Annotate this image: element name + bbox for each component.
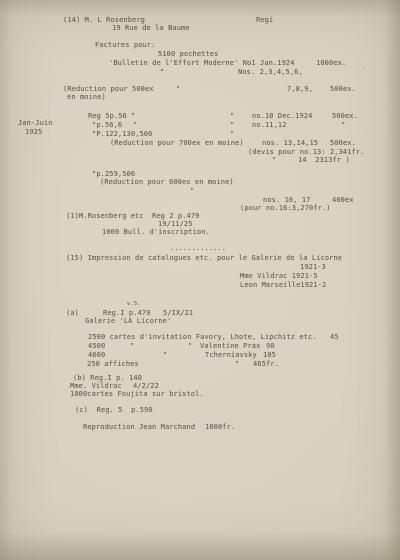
ditto-mark: ": [235, 360, 239, 368]
affiches-amount: 465fr.: [253, 360, 279, 368]
reduction-500-line: (Reduction pour 500ex: [63, 85, 154, 93]
pochettes-line: 5100 pochettes: [158, 50, 218, 58]
ditto-mark: ": [130, 342, 134, 350]
qty-500ex: 500ex.: [330, 139, 356, 147]
no11-12: no.11,12: [252, 121, 287, 129]
ditto-mark: ": [230, 121, 234, 129]
reg-5-p56: Reg 5p.56: [88, 112, 127, 120]
nos-7-9: 7,8,9,: [287, 85, 313, 93]
entry-1-desc: 1000 Bull. d'inscription.: [102, 228, 210, 236]
separator-dots: .............: [170, 244, 226, 252]
ditto-mark: ": [163, 351, 167, 359]
pour-no16: (pour no.16:3,270fr.): [240, 204, 331, 212]
bulletin-qty: 1000ex.: [316, 59, 346, 67]
cartes-tcherniavsky-amount: 105: [263, 351, 276, 359]
entry-b-desc: 1000cartes Foujita sur bristol.: [70, 390, 204, 398]
document-page: '(14) M. L RosenbergRegi19 Rue de la Bau…: [0, 0, 400, 560]
stray-mark-top: ': [74, 6, 78, 14]
qty-500ex: 500ex.: [332, 112, 358, 120]
entry-b-client: Mme. Vildrac: [70, 382, 122, 390]
entry-a-label: (a): [66, 309, 79, 317]
p-259-506: "p.259,506: [92, 170, 135, 178]
qty-500ex: 500ex.: [330, 85, 356, 93]
cartes-favory-line: 2500 cartes d'invitation Favory, Lhote, …: [88, 333, 317, 341]
entry-c-desc: Reproduction Jean Marchand: [83, 423, 195, 431]
margin-year: 1925: [25, 128, 42, 136]
p-122-130-506: "P.122,130,506: [92, 130, 152, 138]
cartes-prax-qty: 4500: [88, 342, 105, 350]
address-line: 19 Rue de la Baume: [112, 24, 190, 32]
entry-a-reg: Reg.I p.479: [103, 309, 150, 317]
entry-b-date: 4/2/22: [133, 382, 159, 390]
p-56-6: "p.56,6: [92, 121, 122, 129]
ditto-mark: ": [188, 342, 192, 350]
superscript-note: v.5.: [127, 301, 141, 307]
reduction-700-line: (Reduction pour 700ex en moine): [110, 139, 244, 147]
entry-15-client-marseille: Leon Marseille1921-2: [240, 281, 326, 289]
regi-note: Regi: [256, 16, 273, 24]
no10-dec-1924: no.10 Dec.1924: [252, 112, 312, 120]
nos-2-6: Nos. 2,3,4,5,6,: [238, 68, 303, 76]
margin-period: Jan-Juin: [18, 119, 53, 127]
reduction-600-line: (Reduction pour 600ex en moine): [100, 178, 234, 186]
en-moine-line: en moine): [67, 93, 106, 101]
entry-15-client-vildrac: Mme Vildrac 1921-5: [240, 272, 318, 280]
ditto-mark: ": [176, 85, 180, 93]
ditto-mark: ": [131, 112, 135, 120]
cartes-tcherniavsky-name: Tcherniavsky: [205, 351, 257, 359]
stray-mark-right: ': [362, 66, 366, 74]
qty-400ex: 400ex: [332, 196, 354, 204]
ditto-mark: ": [160, 68, 164, 76]
bulletin-line: 'Bulletin de l'Effort Moderne' No1 Jan.1…: [109, 59, 295, 67]
entry-15-heading: (15) Impression de catalogues etc. pour …: [66, 254, 342, 262]
entry-1-heading: (1)M.Rosenberg etc: [66, 212, 144, 220]
affiches-line: 250 affiches: [87, 360, 139, 368]
entry-a-date: 5/IX/21: [163, 309, 193, 317]
ditto-mark: ": [341, 121, 345, 129]
cartes-prax-amount: 90: [266, 342, 275, 350]
entry-1-reg: Reg 2 p.479: [152, 212, 199, 220]
nos-16-17: nos. 16, 17: [263, 196, 310, 204]
ditto-mark: ": [272, 156, 276, 164]
entry-c-heading: (c) Reg. 5 p.590: [75, 406, 153, 414]
entry-b-heading: (b) Reg.I p. 140: [73, 374, 142, 382]
cartes-favory-amount: 45: [330, 333, 339, 341]
galerie-licorne-line: Galerie 'LA Licorne': [85, 317, 171, 325]
cartes-tcherniavsky-qty: 4600: [88, 351, 105, 359]
nos-13-15: nos. 13,14,15: [262, 139, 318, 147]
factures-pour-label: Factures pour:: [95, 41, 155, 49]
ditto-mark: ": [230, 112, 234, 120]
entry-15-years: 1921-3: [300, 263, 326, 271]
cartes-prax-name: Valentine Prax: [200, 342, 260, 350]
entry-14-heading: (14) M. L Rosenberg: [63, 16, 145, 24]
paper-vignette: [0, 0, 400, 560]
devis-no13: (devis pour no.13: 2,341fr.: [248, 148, 365, 156]
ditto-mark: ": [230, 130, 234, 138]
ditto-mark: ": [190, 187, 194, 195]
devis-no14: 14 2313fr ): [298, 156, 350, 164]
ditto-mark: ": [133, 121, 137, 129]
entry-1-date: 19/11/25: [158, 220, 193, 228]
entry-c-amount: 1000fr.: [205, 423, 235, 431]
